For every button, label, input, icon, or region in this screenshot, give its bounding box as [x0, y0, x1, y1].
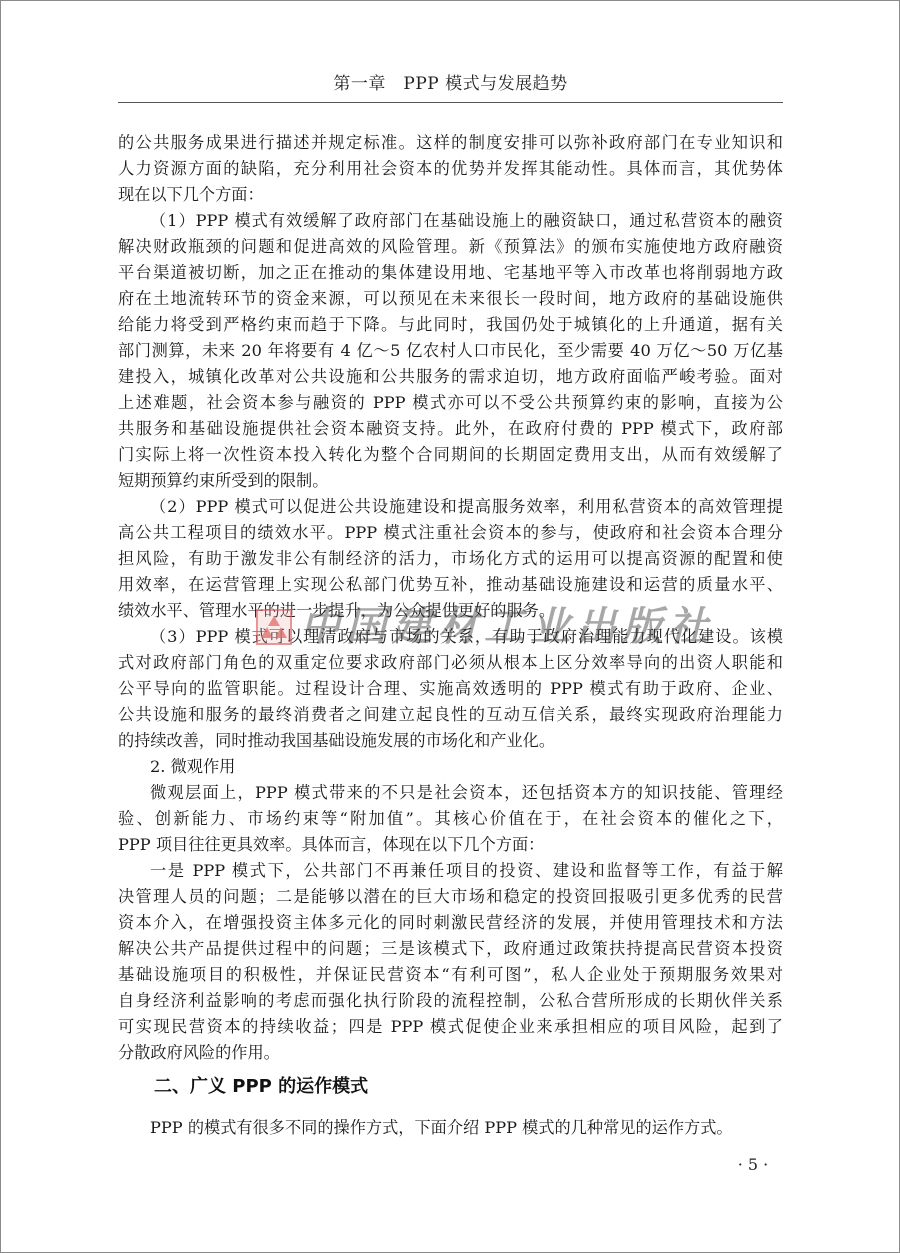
text-line: 式对政府部门角色的双重定位要求政府部门必须从根本上区分效率导向的出资人职能和 — [118, 650, 783, 676]
text-line: 绩效水平、管理水平的进一步提升，为公众提供更好的服务。 — [118, 598, 783, 624]
final-paragraph: PPP 的模式有很多不同的操作方式，下面介绍 PPP 模式的几种常见的运作方式。 — [150, 1115, 783, 1141]
section-heading: 二、广义 PPP 的运作模式 — [154, 1073, 368, 1101]
text-line: 公共设施和服务的最终消费者之间建立起良性的互动互信关系，最终实现政府治理能力 — [118, 702, 783, 728]
text-line: 可实现民营资本的持续收益；四是 PPP 模式促使企业来承担相应的项目风险，起到了 — [118, 1014, 783, 1040]
text-line: 基础设施项目的积极性，并保证民营资本“有利可图”，私人企业处于预期服务效果对 — [118, 962, 783, 988]
text-line: 上述难题，社会资本参与融资的 PPP 模式亦可以不受公共预算约束的影响，直接为公 — [118, 390, 783, 416]
running-head: 第一章 PPP 模式与发展趋势 — [118, 69, 783, 94]
text-line: 平台渠道被切断，加之正在推动的集体建设用地、宅基地平等入市改革也将削弱地方政 — [118, 260, 783, 286]
text-line: （2）PPP 模式可以促进公共设施建设和提高服务效率，利用私营资本的高效管理提 — [150, 494, 783, 520]
text-line: 建投入，城镇化改革对公共设施和公共服务的需求迫切，地方政府面临严峻考验。面对 — [118, 364, 783, 390]
book-page: 第一章 PPP 模式与发展趋势 的公共服务成果进行描述并规定标准。这样的制度安排… — [0, 0, 900, 1253]
text-line: 微观层面上，PPP 模式带来的不只是社会资本，还包括资本方的知识技能、管理经 — [150, 780, 783, 806]
text-line: 现在以下几个方面： — [118, 182, 783, 208]
text-line: 的持续改善，同时推动我国基础设施发展的市场化和产业化。 — [118, 728, 783, 754]
text-line: 府在土地流转环节的资金来源，可以预见在未来很长一段时间，地方政府的基础设施供 — [118, 286, 783, 312]
text-line: 高公共工程项目的绩效水平。PPP 模式注重社会资本的参与，使政府和社会资本合理分 — [118, 520, 783, 546]
text-line: 门实际上将一次性资本投入转化为整个合同期间的长期固定费用支出，从而有效缓解了 — [118, 442, 783, 468]
header-rule — [118, 102, 783, 103]
text-line: 分散政府风险的作用。 — [118, 1040, 783, 1066]
text-line: 2. 微观作用 — [150, 754, 783, 780]
text-line: 用效率，在运营管理上实现公私部门优势互补，推动基础设施建设和运营的质量水平、 — [118, 572, 783, 598]
text-line: 担风险，有助于激发非公有制经济的活力，市场化方式的运用可以提高资源的配置和使 — [118, 546, 783, 572]
text-line: 解决公共产品提供过程中的问题；三是该模式下，政府通过政策扶持提高民营资本投资 — [118, 936, 783, 962]
text-line: 解决财政瓶颈的问题和促进高效的风险管理。新《预算法》的颁布实施使地方政府融资 — [118, 234, 783, 260]
text-line: 共服务和基础设施提供社会资本融资支持。此外，在政府付费的 PPP 模式下，政府部 — [118, 416, 783, 442]
text-line: 自身经济利益影响的考虑而强化执行阶段的流程控制，公私合营所形成的长期伙伴关系 — [118, 988, 783, 1014]
page-number: · 5 · — [723, 1155, 783, 1174]
text-line: 一是 PPP 模式下，公共部门不再兼任项目的投资、建设和监督等工作，有益于解 — [150, 858, 783, 884]
text-line: 部门测算，未来 20 年将要有 4 亿～5 亿农村人口市民化，至少需要 40 万… — [118, 338, 783, 364]
text-line: 公平导向的监管职能。过程设计合理、实施高效透明的 PPP 模式有助于政府、企业、 — [118, 676, 783, 702]
text-line: （1）PPP 模式有效缓解了政府部门在基础设施上的融资缺口，通过私营资本的融资 — [150, 208, 783, 234]
text-line: 决管理人员的问题；二是能够以潜在的巨大市场和稳定的投资回报吸引更多优秀的民营 — [118, 884, 783, 910]
text-line: 资本介入，在增强投资主体多元化的同时刺激民营经济的发展，并使用管理技术和方法 — [118, 910, 783, 936]
text-line: 短期预算约束所受到的限制。 — [118, 468, 783, 494]
text-line: 验、创新能力、市场约束等“附加值”。其核心价值在于，在社会资本的催化之下， — [118, 806, 783, 832]
text-line: 给能力将受到严格约束而趋于下降。与此同时，我国仍处于城镇化的上升通道，据有关 — [118, 312, 783, 338]
text-line: 人力资源方面的缺陷，充分利用社会资本的优势并发挥其能动性。具体而言，其优势体 — [118, 156, 783, 182]
text-line: PPP 项目往往更具效率。具体而言，体现在以下几个方面： — [118, 832, 783, 858]
text-line: 的公共服务成果进行描述并规定标准。这样的制度安排可以弥补政府部门在专业知识和 — [118, 130, 783, 156]
text-line: （3）PPP 模式可以理清政府与市场的关系，有助于政府治理能力现代化建设。该模 — [150, 624, 783, 650]
